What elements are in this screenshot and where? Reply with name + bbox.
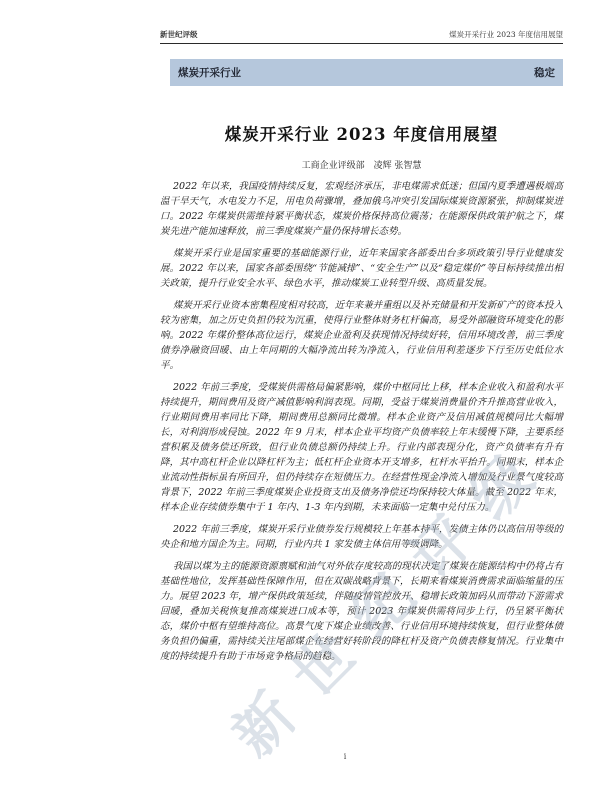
summary-paragraph-6: 我国以煤为主的能源资源禀赋和油气对外依存度较高的现状决定了煤炭在能源结构中仍将占… [160,559,563,664]
summary-paragraph-4: 2022 年前三季度，受煤炭供需格局偏紧影响，煤价中枢同比上移，样本企业收入和盈… [160,380,563,515]
outlook-rating-value: 稳定 [534,65,555,80]
industry-outlook-bar: 煤炭开采行业 稳定 [170,59,563,86]
summary-paragraph-3: 煤炭开采行业资本密集程度相对较高，近年来兼并重组以及补充储量和开发新矿产的资本投… [160,298,563,373]
document-page: 新世纪评级 煤炭开采行业 2023 年度信用展望 煤炭开采行业 稳定 煤炭开采行… [0,0,600,800]
header-doc-title: 煤炭开采行业 2023 年度信用展望 [449,29,563,40]
report-title: 煤炭开采行业 2023 年度信用展望 [160,121,563,145]
industry-name: 煤炭开采行业 [178,65,241,80]
summary-paragraph-1: 2022 年以来，我国疫情持续反复，宏观经济承压，非电煤需求低迷；但国内夏季遭遇… [160,179,563,239]
header-rule [160,43,563,44]
page-number: i [160,752,530,761]
report-byline: 工商企业评级部 凌辉 张智慧 [160,158,563,171]
summary-paragraph-5: 2022 年前三季度，煤炭开采行业债券发行规模较上年基本持平，发债主体仍以高信用… [160,522,563,552]
header-brand: 新世纪评级 [160,29,198,40]
page-header: 新世纪评级 煤炭开采行业 2023 年度信用展望 [160,29,563,40]
report-body: 2022 年以来，我国疫情持续反复，宏观经济承压，非电煤需求低迷；但国内夏季遭遇… [160,179,563,671]
summary-paragraph-2: 煤炭开采行业是国家重要的基础能源行业，近年来国家各部委出台多项政策引导行业健康发… [160,246,563,291]
